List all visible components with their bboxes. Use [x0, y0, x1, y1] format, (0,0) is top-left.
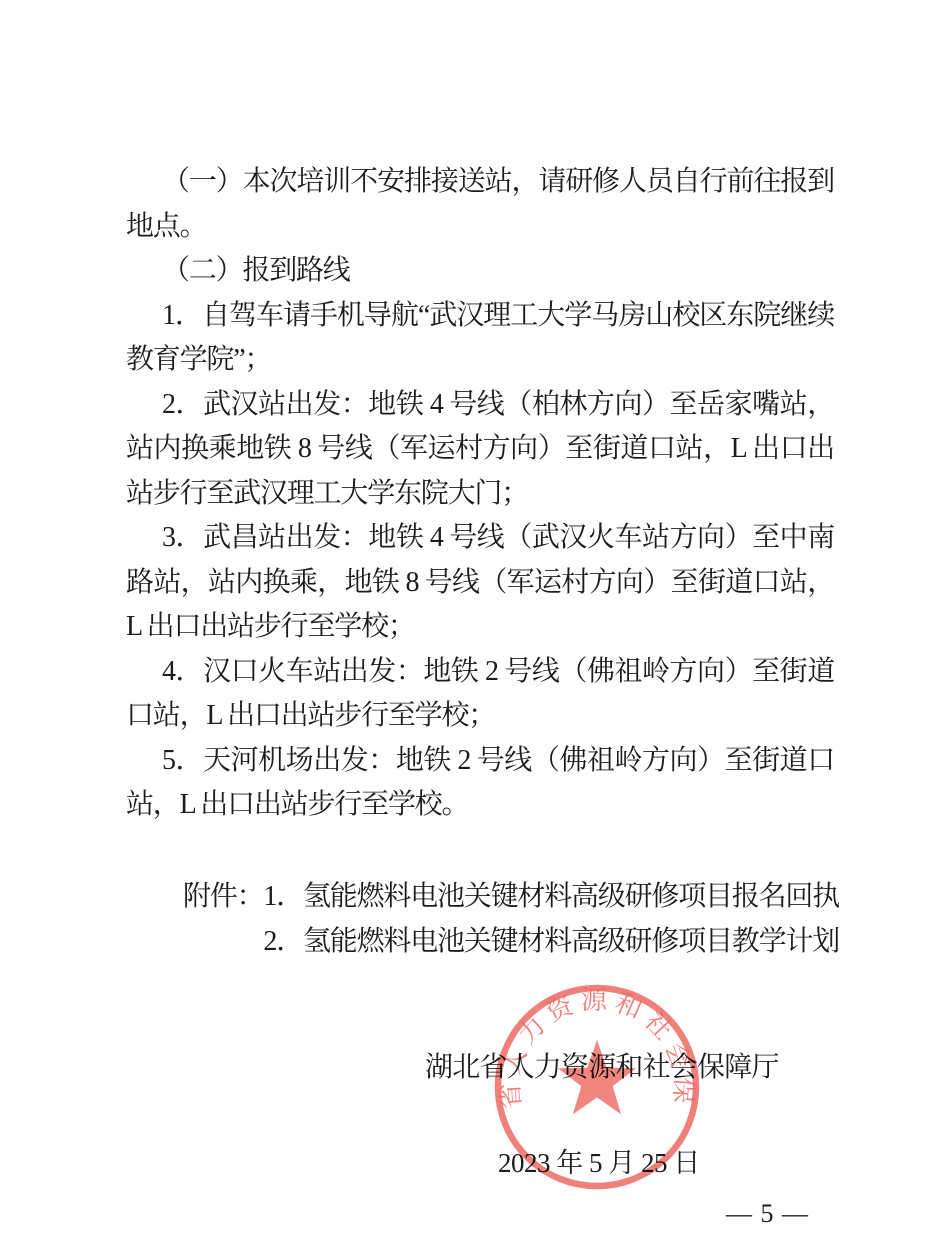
- page-number: — 5 —: [726, 1200, 809, 1228]
- paragraph-route-heading: （二）报到路线: [126, 249, 834, 294]
- document-body: （一）本次培训不安排接送站，请研修人员自行前往报到地点。 （二）报到路线 1．自…: [126, 160, 834, 828]
- issuer-signature: 湖北省人力资源和社会保障厅: [425, 1053, 779, 1083]
- attachments-block: 附件： 1．氢能燃料电池关键材料高级研修项目报名回执 2．氢能燃料电池关键材料高…: [183, 875, 839, 964]
- paragraph-route-wuchang-station: 3．武昌站出发：地铁 4 号线（武汉火车站方向）至中南路站，站内换乘，地铁 8 …: [126, 516, 834, 650]
- attachment-item-2: 2．氢能燃料电池关键材料高级研修项目教学计划: [263, 920, 839, 965]
- document-page: （一）本次培训不安排接送站，请研修人员自行前往报到地点。 （二）报到路线 1．自…: [0, 0, 932, 1248]
- attachments-list: 1．氢能燃料电池关键材料高级研修项目报名回执 2．氢能燃料电池关键材料高级研修项…: [263, 875, 839, 964]
- seal-text: 湖北省人力资源和社会保障厅: [491, 981, 699, 1110]
- svg-text:湖北省人力资源和社会保障厅: 湖北省人力资源和社会保障厅: [491, 981, 699, 1110]
- attachments-label: 附件：: [183, 875, 263, 920]
- paragraph-route-wuhan-station: 2．武汉站出发：地铁 4 号线（柏林方向）至岳家嘴站，站内换乘地铁 8 号线（军…: [126, 383, 834, 517]
- paragraph-pickup-notice: （一）本次培训不安排接送站，请研修人员自行前往报到地点。: [126, 160, 834, 249]
- attachment-item-1: 1．氢能燃料电池关键材料高级研修项目报名回执: [263, 875, 839, 920]
- issue-date: 2023 年 5 月 25 日: [498, 1148, 700, 1178]
- paragraph-route-driving: 1．自驾车请手机导航“武汉理工大学马房山校区东院继续教育学院”；: [126, 294, 834, 383]
- paragraph-route-hankou-station: 4．汉口火车站出发：地铁 2 号线（佛祖岭方向）至街道口站，L 出口出站步行至学…: [126, 650, 834, 739]
- paragraph-route-tianhe-airport: 5．天河机场出发：地铁 2 号线（佛祖岭方向）至街道口站，L 出口出站步行至学校…: [126, 739, 834, 828]
